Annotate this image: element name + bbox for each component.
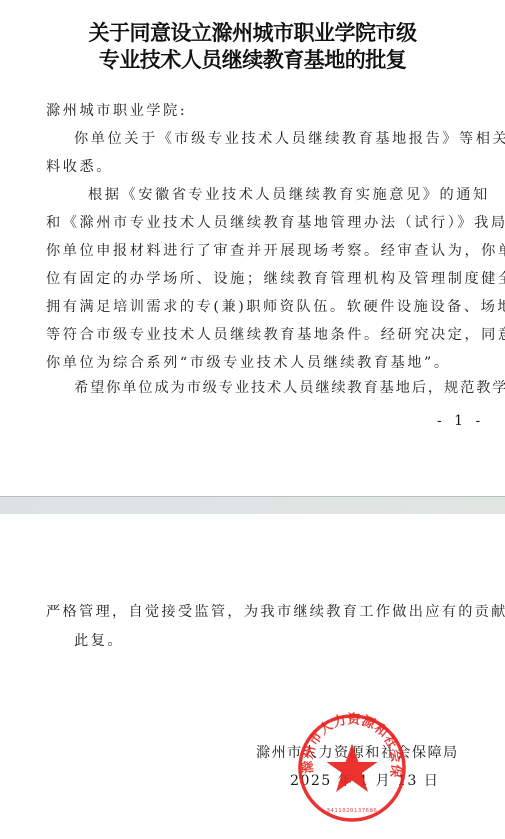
svg-text:3411020137686: 3411020137686 [327,808,378,814]
body-line: 严格管理，自觉接受监管，为我市继续教育工作做出应有的贡献。 [46,602,505,622]
body-line: 你单位关于《市级专业技术人员继续教育基地报告》等相关材 [74,129,505,149]
document-title-line-1: 关于同意设立滁州城市职业学院市级 [0,20,505,46]
body-line: 希望你单位成为市级专业技术人员继续教育基地后，规范教学， [74,378,505,398]
body-line: 等符合市级专业技术人员继续教育基地条件。经研究决定，同意 [46,325,505,345]
body-line: 和《滁州市专业技术人员继续教育基地管理办法（试行）》我局对 [46,213,505,233]
body-line: 你单位为综合系列“市级专业技术人员继续教育基地”。 [46,353,451,373]
page-separator [0,496,505,515]
body-line: 此复。 [74,631,124,651]
document-page-1: 关于同意设立滁州城市职业学院市级 专业技术人员继续教育基地的批复 滁州城市职业学… [0,0,505,496]
body-line: 根据《安徽省专业技术人员继续教育实施意见》的通知 [88,185,490,205]
body-line: 拥有满足培训需求的专(兼)职师资队伍。软硬件设施设备、场地 [46,297,505,317]
addressee: 滁州城市职业学院: [46,101,187,121]
body-line: 位有固定的办学场所、设施；继续教育管理机构及管理制度健全； [46,269,505,289]
page-number: - 1 - [437,413,484,429]
official-seal-icon: 滁州市人力资源和社会保障局 3411020137686 [296,712,408,824]
document-page-2: 严格管理，自觉接受监管，为我市继续教育工作做出应有的贡献。 此复。 [0,514,505,839]
document-title-line-2: 专业技术人员继续教育基地的批复 [0,47,505,73]
body-line: 你单位申报材料进行了审查并开展现场考察。经审查认为，你单 [46,241,505,261]
body-line: 料收悉。 [46,157,113,177]
